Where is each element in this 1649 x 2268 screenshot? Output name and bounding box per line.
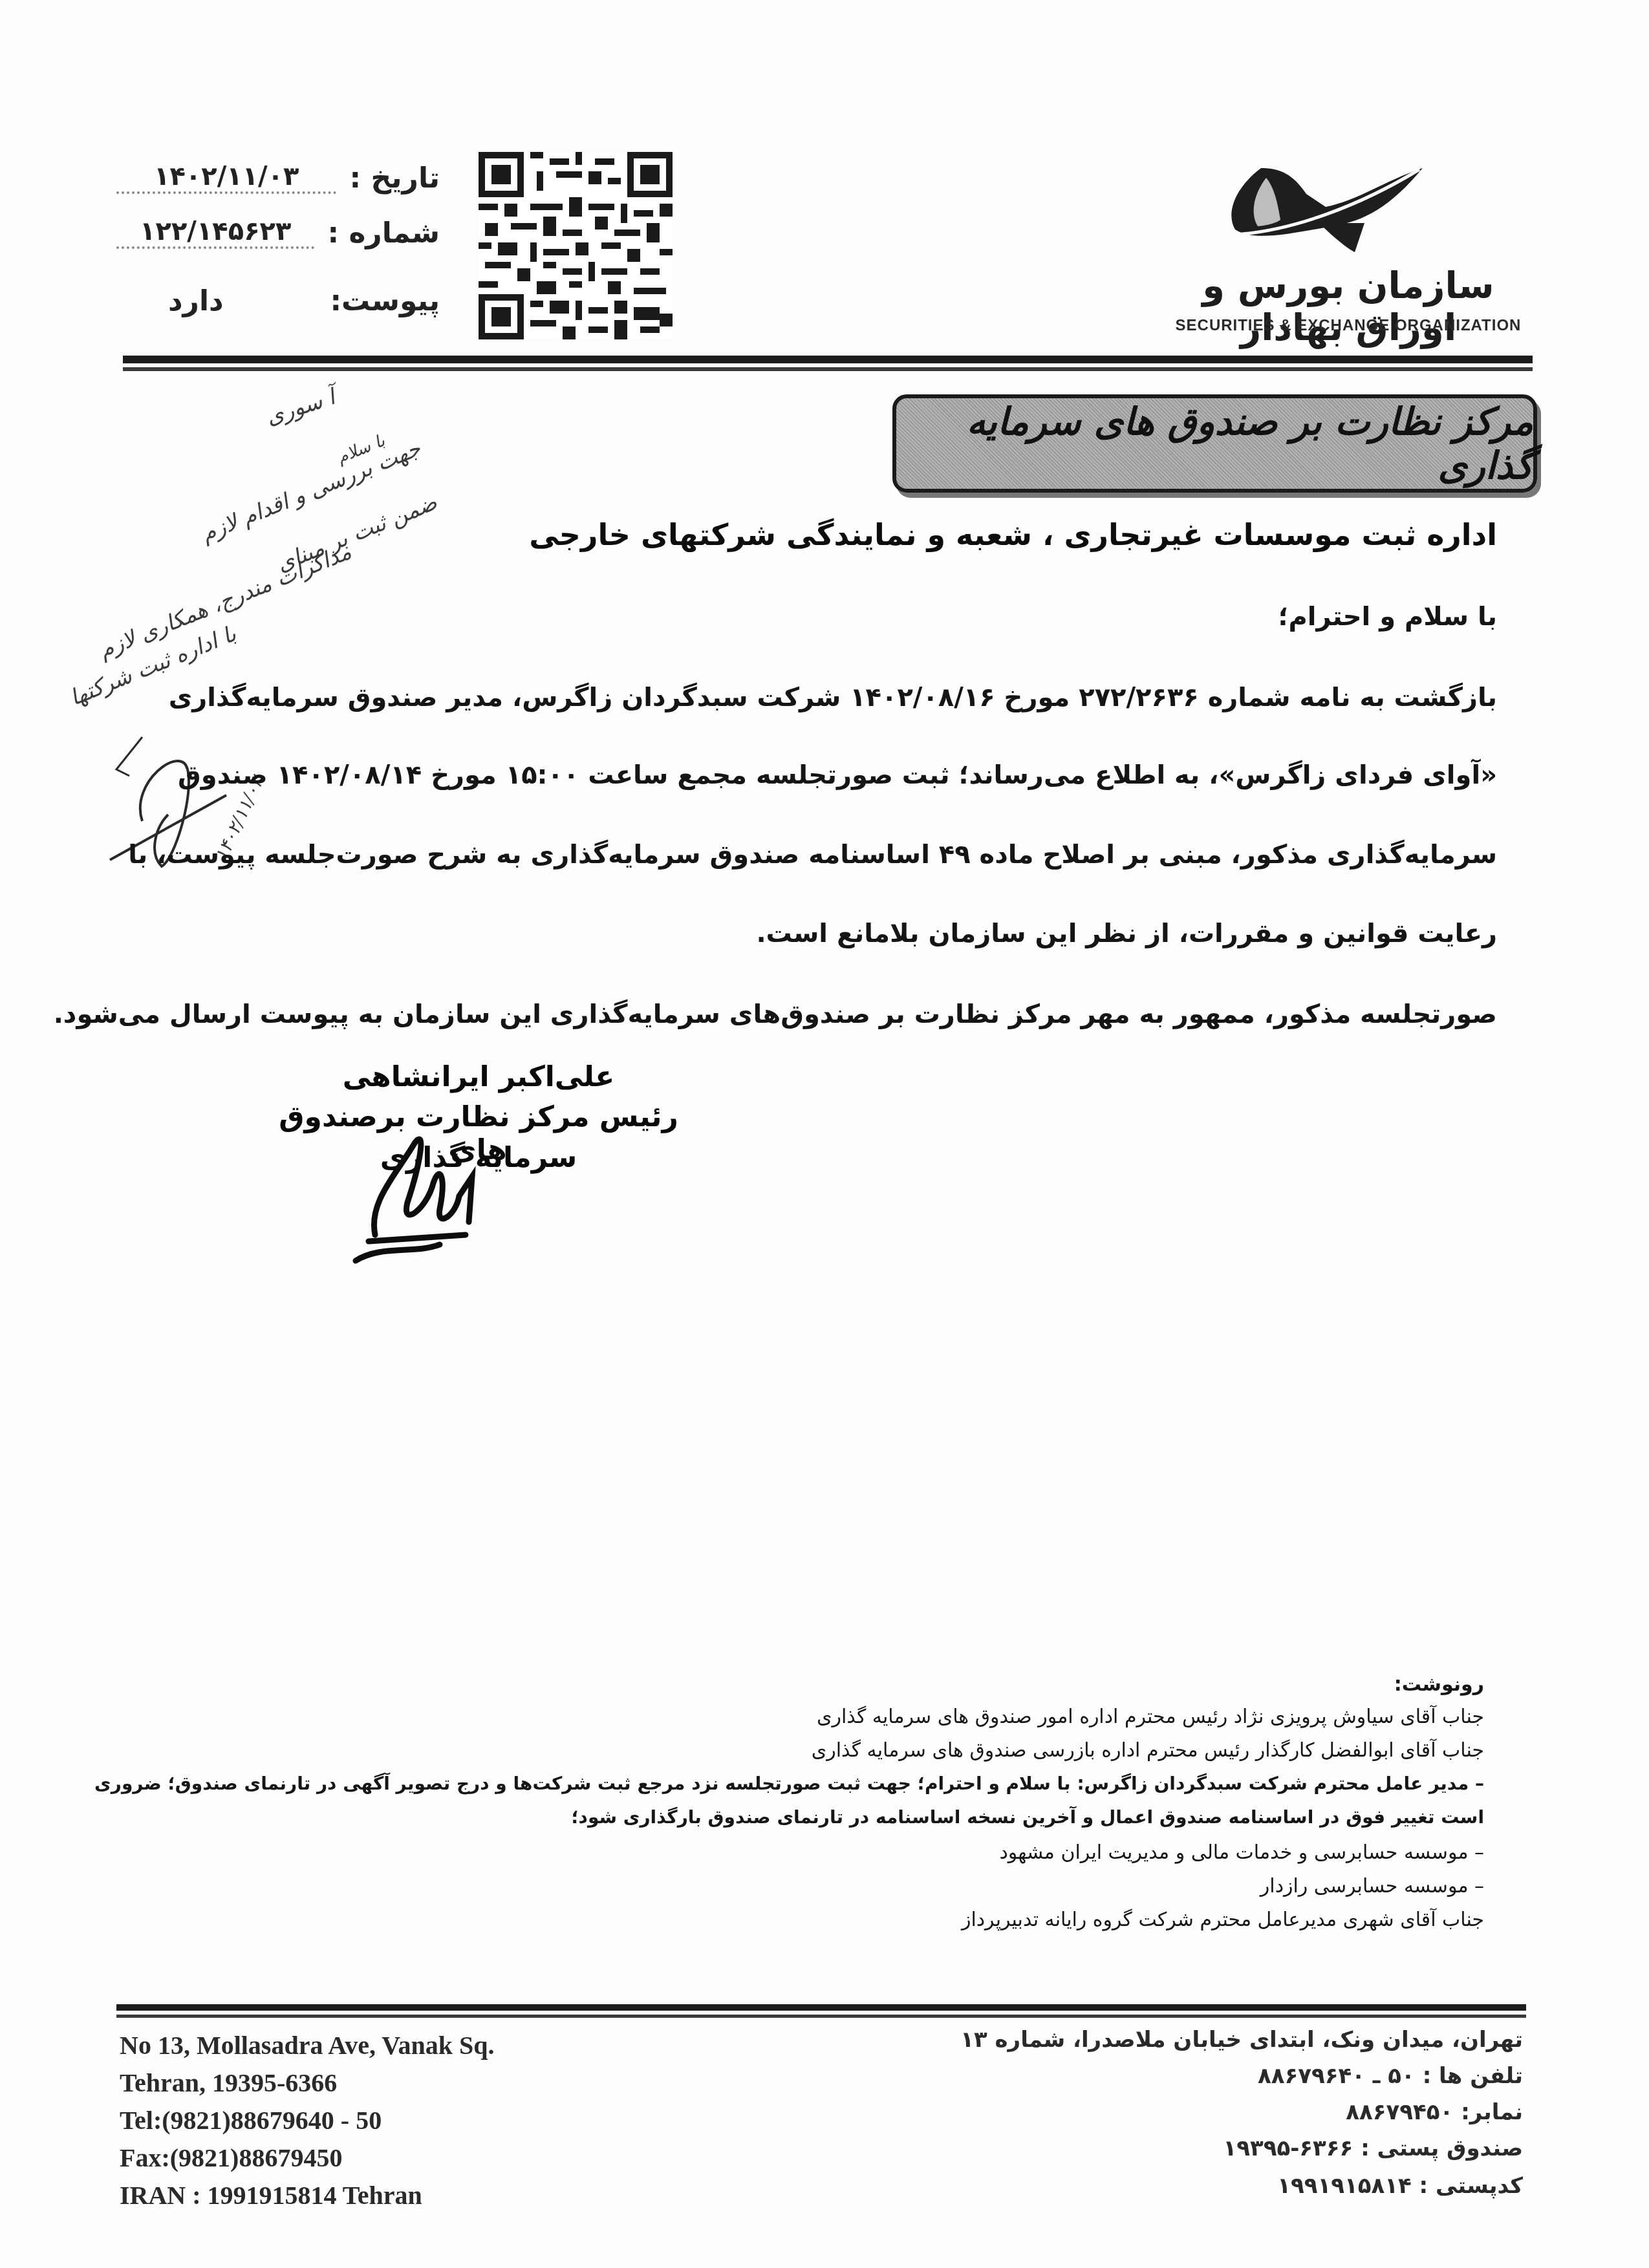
banner-title: مرکز نظارت بر صندوق های سرمایه گذاری: [896, 400, 1533, 487]
org-name-fa: سازمان بورس و اوراق بهادار: [1158, 265, 1539, 349]
cc-line: – موسسه حسابرسی رازدار: [1260, 1875, 1484, 1898]
cc-line: – موسسه حسابرسی و خدمات مالی و مدیریت ای…: [999, 1841, 1484, 1864]
header-divider-thin: [123, 367, 1533, 371]
footer-fa-pobox: صندوق پستی : ۶۳۶۶-۱۹۳۹۵: [941, 2135, 1523, 2173]
header-divider: [123, 356, 1533, 363]
footer-fa-tel: تلفن ها : ۵۰ ـ ۸۸۶۷۹۶۴۰: [941, 2063, 1523, 2099]
footer-divider-thin: [116, 2015, 1526, 2018]
body-line: بازگشت به نامه شماره ۲۷۲/۲۶۳۶ مورخ ۱۴۰۲/…: [346, 682, 1497, 713]
cc-line: جناب آقای ابوالفضل کارگذار رئیس محترم اد…: [812, 1739, 1484, 1762]
date-label: تاریخ :: [349, 162, 440, 195]
number-label: شماره :: [327, 217, 440, 250]
cc-line: جناب آقای شهری مدیرعامل محترم شرکت گروه …: [962, 1909, 1484, 1931]
date-row: تاریخ : ۱۴۰۲/۱۱/۰۳: [116, 155, 440, 200]
signer-name: علی‌اکبر ایرانشاهی: [278, 1060, 679, 1093]
attachment-row: پیوست: دارد: [168, 278, 440, 323]
footer-address-fa: تهران، میدان ونک، ابتدای خیابان ملاصدرا،…: [941, 2027, 1523, 2209]
footer-address-en: No 13, Mollasadra Ave, Vanak Sq. Tehran,…: [120, 2030, 637, 2218]
body-line: سرمایه‌گذاری مذکور، مبنی بر اصلاح ماده ۴…: [346, 839, 1497, 870]
cc-line: جناب آقای سیاوش پرویزی نژاد رئیس محترم ا…: [817, 1706, 1484, 1728]
footer-address2: Tehran, 19395-6366: [120, 2068, 637, 2105]
cc-line: – مدیر عامل محترم شرکت سبدگردان زاگرس: ب…: [94, 1773, 1484, 1794]
qr-code-icon: [479, 152, 673, 339]
footer-postal: IRAN : 1991915814 Tehran: [120, 2180, 637, 2218]
handwritten-line: آ سوری: [263, 384, 338, 431]
org-name-en: SECURITIES & EXCHANGE ORGANIZATION: [1158, 317, 1539, 335]
footer-fa-address: تهران، میدان ونک، ابتدای خیابان ملاصدرا،…: [941, 2027, 1523, 2063]
cc-label: رونوشت:: [1394, 1673, 1484, 1696]
signature-block: علی‌اکبر ایرانشاهی رئیس مرکز نظارت برصند…: [278, 1060, 679, 1267]
signature-scribble-icon: [343, 1106, 498, 1267]
department-banner: مرکز نظارت بر صندوق های سرمایه گذاری: [892, 394, 1537, 493]
footer-fax: Fax:(9821)88679450: [120, 2143, 637, 2180]
body-line: صورتجلسه مذکور، ممهور به مهر مرکز نظارت …: [54, 999, 1497, 1030]
number-row: شماره : ۱۲۲/۱۴۵۶۲۳: [116, 210, 440, 255]
footer-fa-fax: نمابر: ۸۸۶۷۹۴۵۰: [941, 2099, 1523, 2135]
footer-address1: No 13, Mollasadra Ave, Vanak Sq.: [120, 2030, 637, 2068]
footer-tel: Tel:(9821)88679640 - 50: [120, 2105, 637, 2143]
org-logo: سازمان بورس و اوراق بهادار SECURITIES & …: [1158, 155, 1539, 343]
date-value: ۱۴۰۲/۱۱/۰۳: [116, 162, 336, 194]
footer-divider: [116, 2004, 1526, 2011]
logo-emblem-icon: [1216, 162, 1429, 259]
footer-fa-postal-code: کدپستی : ۱۹۹۱۹۱۵۸۱۴: [941, 2173, 1523, 2209]
attachment-value: دارد: [168, 284, 224, 317]
recipient-heading: اداره ثبت موسسات غیرتجاری ، شعبه و نماین…: [529, 517, 1497, 552]
cc-line: است تغییر فوق در اساسنامه صندوق اعمال و …: [571, 1806, 1484, 1828]
body-line: «آوای فردای زاگرس»، به اطلاع می‌رساند؛ ث…: [346, 760, 1497, 791]
attachment-label: پیوست:: [330, 284, 440, 317]
number-value: ۱۲۲/۱۴۵۶۲۳: [116, 217, 314, 249]
salutation: با سلام و احترام؛: [1278, 601, 1497, 632]
body-line: رعایت قوانین و مقررات، از نظر این سازمان…: [756, 918, 1497, 949]
